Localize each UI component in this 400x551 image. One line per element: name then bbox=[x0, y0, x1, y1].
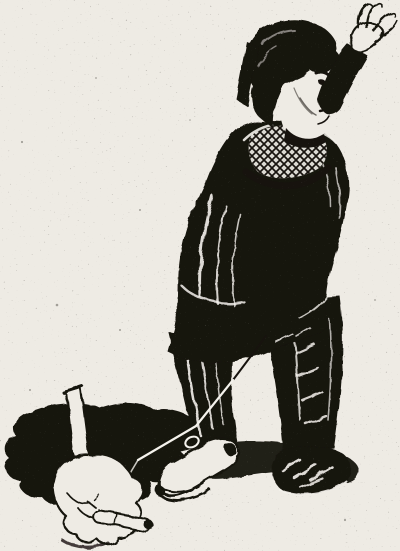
print-noise-overlay bbox=[0, 0, 400, 551]
ink-illustration: Black-and-white expressionist ink drawin… bbox=[0, 0, 400, 551]
illustration-page: Black-and-white expressionist ink drawin… bbox=[0, 0, 400, 551]
